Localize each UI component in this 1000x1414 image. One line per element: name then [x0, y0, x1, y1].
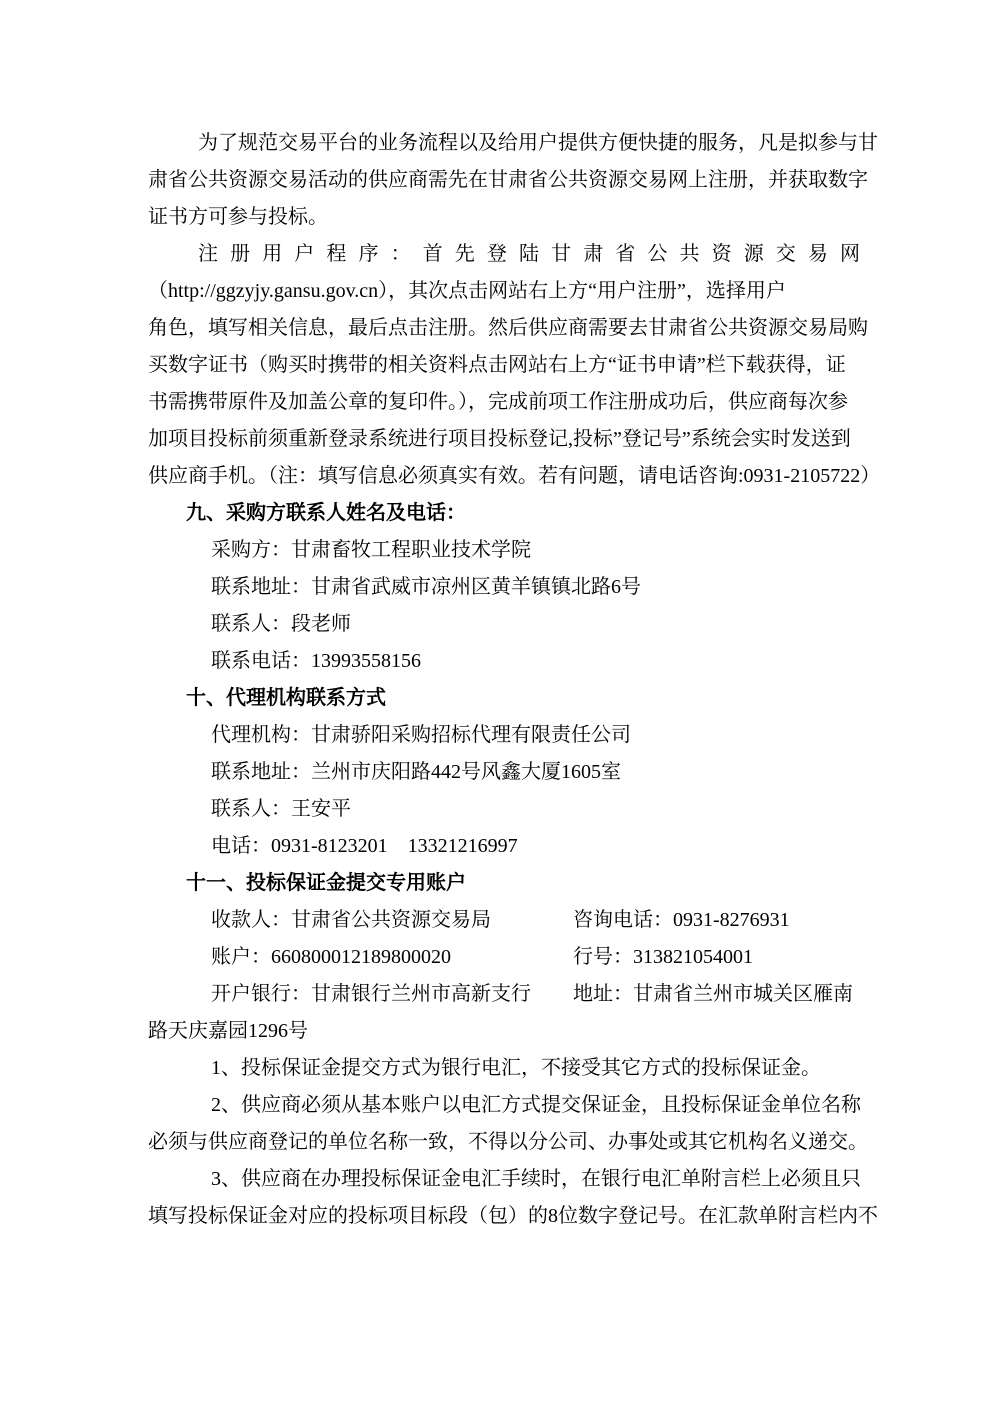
section-agency-heading: 十、代理机构联系方式 [148, 680, 860, 717]
account-number: 账户：660800012189800020 [148, 939, 573, 976]
deposit-rule-2-line: 必须与供应商登记的单位名称一致，不得以分公司、办事处或其它机构名义递交。 [148, 1124, 860, 1161]
registration-paragraph-line: 供应商手机。（注：填写信息必须真实有效。若有问题，请电话咨询:0931-2105… [148, 458, 860, 495]
bank-code: 行号：313821054001 [573, 939, 860, 976]
deposit-rule-1-line: 1、投标保证金提交方式为银行电汇，不接受其它方式的投标保证金。 [148, 1050, 860, 1087]
intro-paragraph-line: 为了规范交易平台的业务流程以及给用户提供方便快捷的服务，凡是拟参与甘 [148, 125, 860, 162]
registration-paragraph-line: 角色，填写相关信息，最后点击注册。然后供应商需要去甘肃省公共资源交易局购 [148, 310, 860, 347]
account-row-payee: 收款人：甘肃省公共资源交易局咨询电话：0931-8276931 [148, 902, 860, 939]
deposit-rule-2-line: 2、供应商必须从基本账户以电汇方式提交保证金，且投标保证金单位名称 [148, 1087, 860, 1124]
registration-paragraph-justified-line: 注册用户程序：首先登陆甘肃省公共资源交易网 [148, 236, 860, 273]
registration-paragraph-line: 买数字证书（购买时携带的相关资料点击网站右上方“证书申请”栏下载获得，证 [148, 347, 860, 384]
purchaser-name-line: 采购方：甘肃畜牧工程职业技术学院 [148, 532, 860, 569]
document-body: 为了规范交易平台的业务流程以及给用户提供方便快捷的服务，凡是拟参与甘 肃省公共资… [148, 125, 860, 1235]
account-row-number: 账户：660800012189800020行号：313821054001 [148, 939, 860, 976]
purchaser-phone-line: 联系电话：13993558156 [148, 643, 860, 680]
agency-phone-line: 电话：0931-8123201 13321216997 [148, 828, 860, 865]
section-deposit-heading: 十一、投标保证金提交专用账户 [148, 865, 860, 902]
registration-paragraph-line: 书需携带原件及加盖公章的复印件。），完成前项工作注册成功后，供应商每次参 [148, 384, 860, 421]
deposit-rule-3-line: 填写投标保证金对应的投标项目标段（包）的8位数字登记号。在汇款单附言栏内不 [148, 1198, 860, 1235]
bank-address: 地址：甘肃省兰州市城关区雁南 [573, 976, 860, 1013]
agency-contact-line: 联系人：王安平 [148, 791, 860, 828]
intro-paragraph-line: 肃省公共资源交易活动的供应商需先在甘肃省公共资源交易网上注册，并获取数字 [148, 162, 860, 199]
registration-paragraph-line: 加项目投标前须重新登录系统进行项目投标登记,投标”登记号”系统会实时发送到 [148, 421, 860, 458]
document-page: 为了规范交易平台的业务流程以及给用户提供方便快捷的服务，凡是拟参与甘 肃省公共资… [0, 0, 1000, 1414]
section-purchaser-heading: 九、采购方联系人姓名及电话： [148, 495, 860, 532]
agency-address-line: 联系地址：兰州市庆阳路442号风鑫大厦1605室 [148, 754, 860, 791]
purchaser-contact-line: 联系人：段老师 [148, 606, 860, 643]
account-payee: 收款人：甘肃省公共资源交易局 [148, 902, 573, 939]
intro-paragraph-line: 证书方可参与投标。 [148, 199, 860, 236]
account-inquiry-phone: 咨询电话：0931-8276931 [573, 902, 860, 939]
account-row-bank: 开户银行：甘肃银行兰州市高新支行地址：甘肃省兰州市城关区雁南 [148, 976, 860, 1013]
deposit-rule-3-line: 3、供应商在办理投标保证金电汇手续时，在银行电汇单附言栏上必须且只 [148, 1161, 860, 1198]
bank-address-continuation: 路天庆嘉园1296号 [148, 1013, 860, 1050]
registration-paragraph-line: （http://ggzyjy.gansu.gov.cn），其次点击网站右上方“用… [148, 273, 860, 310]
deposit-bank: 开户银行：甘肃银行兰州市高新支行 [148, 976, 573, 1013]
agency-name-line: 代理机构：甘肃骄阳采购招标代理有限责任公司 [148, 717, 860, 754]
purchaser-address-line: 联系地址：甘肃省武威市凉州区黄羊镇镇北路6号 [148, 569, 860, 606]
